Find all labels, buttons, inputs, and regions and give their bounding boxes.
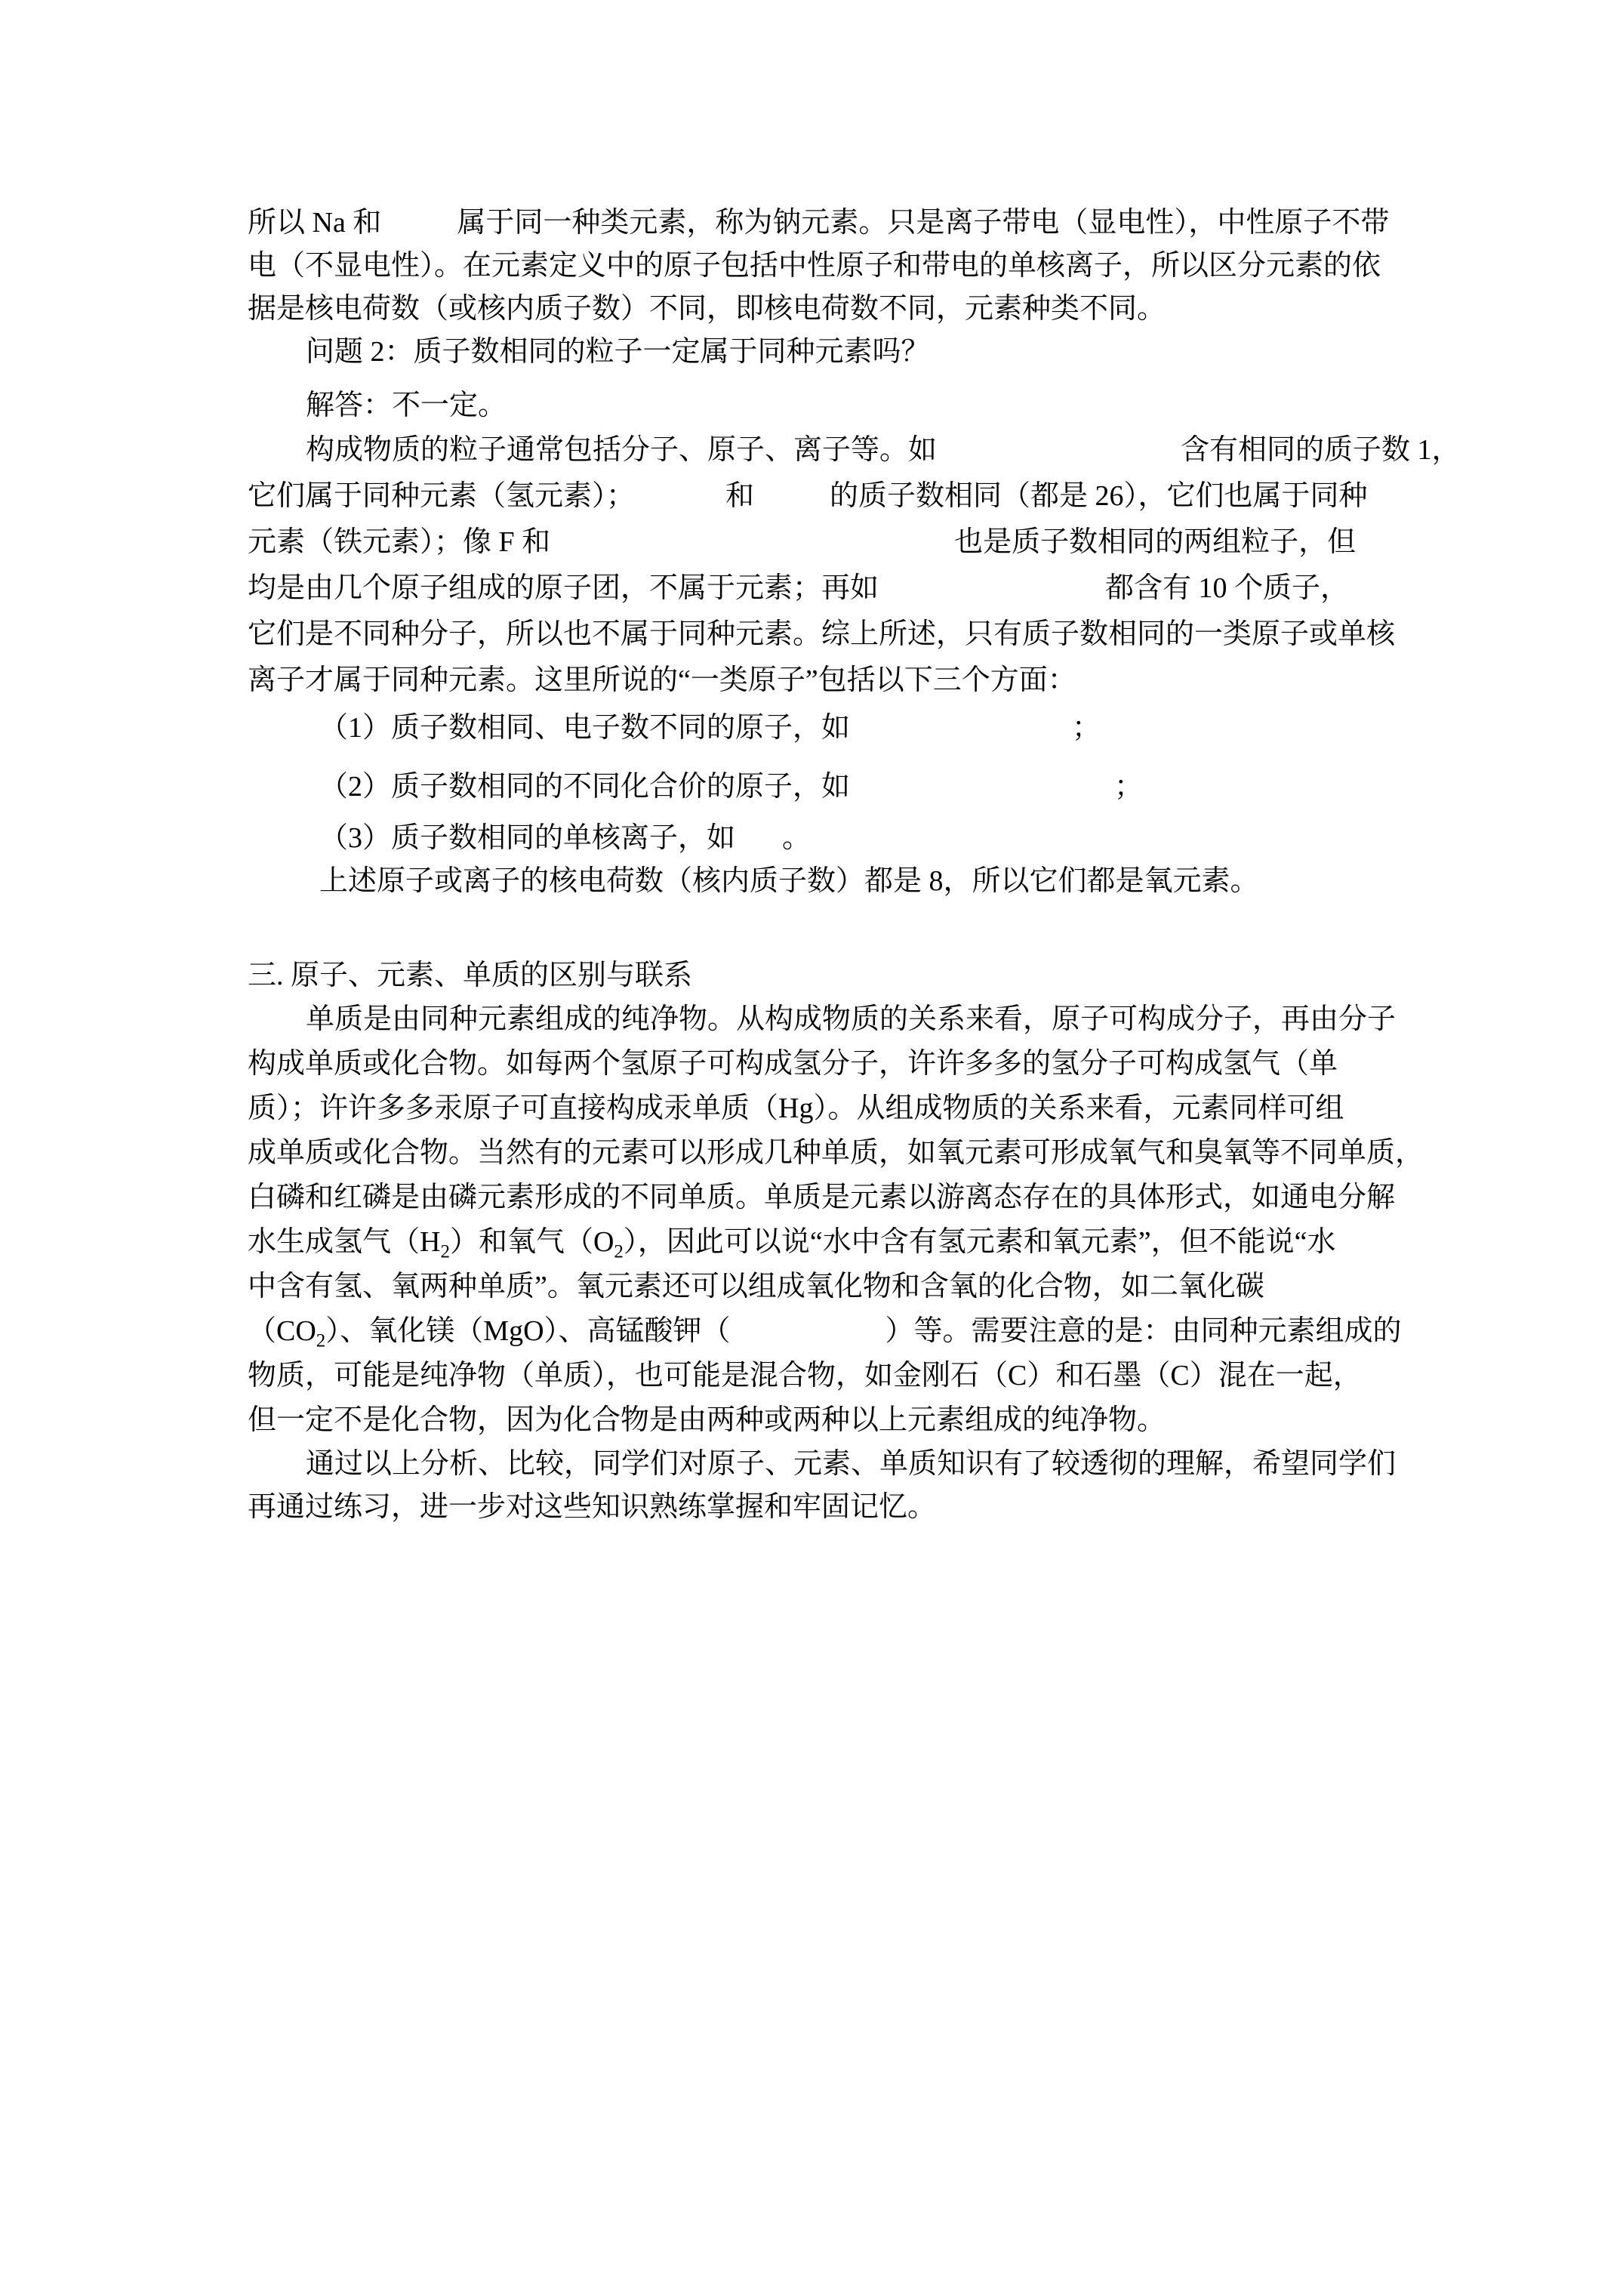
- text-line: （3）质子数相同的单核离子，如。: [248, 817, 1410, 860]
- text-run: 水生成氢气（H: [248, 1226, 440, 1258]
- equation-blank: [550, 550, 954, 551]
- text-line: 构成单质或化合物。如每两个氢原子可构成氢分子，许许多多的氢分子可构成氢气（单: [248, 1042, 1410, 1086]
- text-run: 成单质或化合物。当然有的元素可以形成几种单质，如氧元素可形成氧气和臭氧等不同单质…: [248, 1137, 1424, 1169]
- text-run: 离子才属于同种元素。这里所说的“一类原子”包括以下三个方面：: [248, 664, 1076, 696]
- list-item-1: （1）质子数相同、电子数不同的原子，如；: [248, 707, 1410, 750]
- text-run: 的质子数相同（都是 26），它们也属于同种: [830, 480, 1368, 512]
- text-run: 据是核电荷数（或核内质子数）不同，即核电荷数不同，元素种类不同。: [248, 293, 1166, 325]
- text-line: 通过以上分析、比较，同学们对原子、元素、单质知识有了较透彻的理解，希望同学们: [248, 1443, 1410, 1486]
- paragraph-particles-discussion: 构成物质的粒子通常包括分子、原子、离子等。如含有相同的质子数 1， 它们属于同种…: [248, 427, 1410, 704]
- text-run: 构成单质或化合物。如每两个氢原子可构成氢分子，许许多多的氢分子可构成氢气（单: [248, 1048, 1338, 1080]
- text-run: 解答：不一定。: [306, 390, 507, 421]
- text-run: 再通过练习，进一步对这些知识熟练掌握和牢固记忆。: [248, 1491, 936, 1523]
- text-line: 电（不显电性）。在元素定义中的原子包括中性原子和带电的单核离子，所以区分元素的依: [248, 245, 1410, 288]
- text-line: 成单质或化合物。当然有的元素可以形成几种单质，如氧元素可形成氧气和臭氧等不同单质…: [248, 1131, 1410, 1176]
- text-line: 据是核电荷数（或核内质子数）不同，即核电荷数不同，元素种类不同。: [248, 288, 1410, 331]
- text-run: 白磷和红磷是由磷元素形成的不同单质。单质是元素以游离态存在的具体形式，如通电分解: [248, 1182, 1395, 1213]
- text-line: 白磷和红磷是由磷元素形成的不同单质。单质是元素以游离态存在的具体形式，如通电分解: [248, 1176, 1410, 1220]
- text-run: 也是质子数相同的两组粒子，但: [954, 526, 1356, 558]
- text-line: 中含有氢、氧两种单质”。氧元素还可以组成氧化物和含氧的化合物，如二氧化碳: [248, 1265, 1410, 1309]
- equation-blank: [937, 458, 1181, 459]
- list-item-3: （3）质子数相同的单核离子，如。: [248, 817, 1410, 860]
- text-run: 中含有氢、氧两种单质”。氧元素还可以组成氧化物和含氧的化合物，如二氧化碳: [248, 1271, 1264, 1302]
- text-run: （3）质子数相同的单核离子，如: [319, 822, 735, 854]
- text-run: 它们属于同种元素（氢元素）；: [248, 480, 635, 512]
- text-line: 构成物质的粒子通常包括分子、原子、离子等。如含有相同的质子数 1，: [248, 427, 1410, 473]
- text-line: 元素（铁元素）；像 F 和也是质子数相同的两组粒子，但: [248, 519, 1410, 566]
- paragraph-question-2: 问题 2：质子数相同的粒子一定属于同种元素吗？: [248, 331, 1410, 374]
- text-line: （CO2）、氧化镁（MgO）、高锰酸钾（）等。需要注意的是：由同种元素组成的: [248, 1309, 1410, 1354]
- equation-blank: [635, 504, 725, 505]
- equation-blank: [879, 596, 1105, 597]
- text-run: 质）；许许多多汞原子可直接构成汞单质（Hg）。从组成物质的关系来看，元素同样可组: [248, 1093, 1344, 1124]
- text-run: 都含有 10 个质子，: [1105, 572, 1349, 604]
- text-run: ），因此可以说“水中含有氢元素和氧元素”，但不能说“水: [624, 1226, 1336, 1258]
- text-run: ；: [1072, 712, 1101, 744]
- text-run: ）和氧气（O: [450, 1226, 614, 1258]
- text-run: 。: [782, 822, 811, 854]
- text-run: 元素（铁元素）；像 F 和: [248, 526, 550, 558]
- equation-blank: [381, 231, 457, 232]
- text-run: ；: [1114, 771, 1143, 803]
- text-line: 它们属于同种元素（氢元素）；和的质子数相同（都是 26），它们也属于同种: [248, 473, 1410, 519]
- text-line: 再通过练习，进一步对这些知识熟练掌握和牢固记忆。: [248, 1486, 1410, 1529]
- text-line: 均是由几个原子组成的原子团，不属于元素；再如都含有 10 个质子，: [248, 566, 1410, 612]
- text-run: （CO: [248, 1315, 316, 1347]
- equation-blank: [850, 795, 1114, 796]
- text-run: 但一定不是化合物，因为化合物是由两种或两种以上元素组成的纯净物。: [248, 1404, 1166, 1436]
- text-line: 但一定不是化合物，因为化合物是由两种或两种以上元素组成的纯净物。: [248, 1398, 1410, 1443]
- text-line: （1）质子数相同、电子数不同的原子，如；: [248, 707, 1410, 750]
- text-run: （1）质子数相同、电子数不同的原子，如: [319, 712, 850, 744]
- text-line: 物质，可能是纯净物（单质），也可能是混合物，如金刚石（C）和石墨（C）混在一起，: [248, 1354, 1410, 1398]
- text-line: 问题 2：质子数相同的粒子一定属于同种元素吗？: [248, 331, 1410, 374]
- text-line: 它们是不同种分子，所以也不属于同种元素。综上所述，只有质子数相同的一类原子或单核: [248, 612, 1410, 658]
- text-line: 单质是由同种元素组成的纯净物。从构成物质的关系来看，原子可构成分子，再由分子: [248, 997, 1410, 1042]
- text-run: 电（不显电性）。在元素定义中的原子包括中性原子和带电的单核离子，所以区分元素的依: [248, 250, 1381, 282]
- text-run: （2）质子数相同的不同化合价的原子，如: [319, 771, 850, 803]
- text-run: 和: [725, 480, 754, 512]
- equation-blank: [850, 736, 1072, 737]
- text-line: 水生成氢气（H2）和氧气（O2），因此可以说“水中含有氢元素和氧元素”，但不能说…: [248, 1220, 1410, 1265]
- equation-blank: [735, 846, 782, 847]
- text-run: ）等。需要注意的是：由同种元素组成的: [885, 1315, 1402, 1347]
- heading-text: 三. 原子、元素、单质的区别与联系: [248, 960, 692, 991]
- section-heading-three: 三. 原子、元素、单质的区别与联系: [248, 954, 1410, 997]
- text-line: 质）；许许多多汞原子可直接构成汞单质（Hg）。从组成物质的关系来看，元素同样可组: [248, 1086, 1410, 1131]
- paragraph-pure-substance: 单质是由同种元素组成的纯净物。从构成物质的关系来看，原子可构成分子，再由分子 构…: [248, 997, 1410, 1443]
- text-line: 所以 Na 和属于同一种类元素，称为钠元素。只是离子带电（显电性），中性原子不带: [248, 202, 1410, 245]
- text-line: 解答：不一定。: [248, 384, 1410, 427]
- paragraph-element-definition: 所以 Na 和属于同一种类元素，称为钠元素。只是离子带电（显电性），中性原子不带…: [248, 202, 1410, 331]
- text-run: 问题 2：质子数相同的粒子一定属于同种元素吗？: [306, 336, 930, 368]
- text-run: 它们是不同种分子，所以也不属于同种元素。综上所述，只有质子数相同的一类原子或单核: [248, 618, 1395, 650]
- subscript: 2: [614, 1242, 624, 1262]
- equation-blank: [754, 504, 830, 505]
- text-run: 上述原子或离子的核电荷数（核内质子数）都是 8，所以它们都是氧元素。: [319, 865, 1259, 897]
- text-line: 三. 原子、元素、单质的区别与联系: [248, 954, 1410, 997]
- equation-blank: [731, 1339, 885, 1340]
- text-run: 通过以上分析、比较，同学们对原子、元素、单质知识有了较透彻的理解，希望同学们: [306, 1448, 1396, 1480]
- text-run: 均是由几个原子组成的原子团，不属于元素；再如: [248, 572, 879, 604]
- paragraph-oxygen-conclusion: 上述原子或离子的核电荷数（核内质子数）都是 8，所以它们都是氧元素。: [248, 860, 1410, 903]
- paragraph-summary: 通过以上分析、比较，同学们对原子、元素、单质知识有了较透彻的理解，希望同学们 再…: [248, 1443, 1410, 1529]
- document-page: 所以 Na 和属于同一种类元素，称为钠元素。只是离子带电（显电性），中性原子不带…: [248, 202, 1410, 1529]
- text-run: ）、氧化镁（MgO）、高锰酸钾（: [325, 1315, 730, 1347]
- text-run: 属于同一种类元素，称为钠元素。只是离子带电（显电性），中性原子不带: [457, 207, 1389, 239]
- text-run: 所以 Na 和: [248, 207, 381, 239]
- subscript: 2: [440, 1242, 450, 1262]
- text-run: 单质是由同种元素组成的纯净物。从构成物质的关系来看，原子可构成分子，再由分子: [306, 1003, 1396, 1035]
- text-line: 离子才属于同种元素。这里所说的“一类原子”包括以下三个方面：: [248, 658, 1410, 704]
- text-line: （2）质子数相同的不同化合价的原子，如；: [248, 766, 1410, 809]
- subscript: 2: [316, 1331, 326, 1351]
- list-item-2: （2）质子数相同的不同化合价的原子，如；: [248, 766, 1410, 809]
- text-line: 上述原子或离子的核电荷数（核内质子数）都是 8，所以它们都是氧元素。: [248, 860, 1410, 903]
- paragraph-answer: 解答：不一定。: [248, 384, 1410, 427]
- text-run: 含有相同的质子数 1，: [1181, 434, 1461, 466]
- text-run: 物质，可能是纯净物（单质），也可能是混合物，如金刚石（C）和石墨（C）混在一起，: [248, 1360, 1362, 1391]
- text-run: 构成物质的粒子通常包括分子、原子、离子等。如: [306, 434, 937, 466]
